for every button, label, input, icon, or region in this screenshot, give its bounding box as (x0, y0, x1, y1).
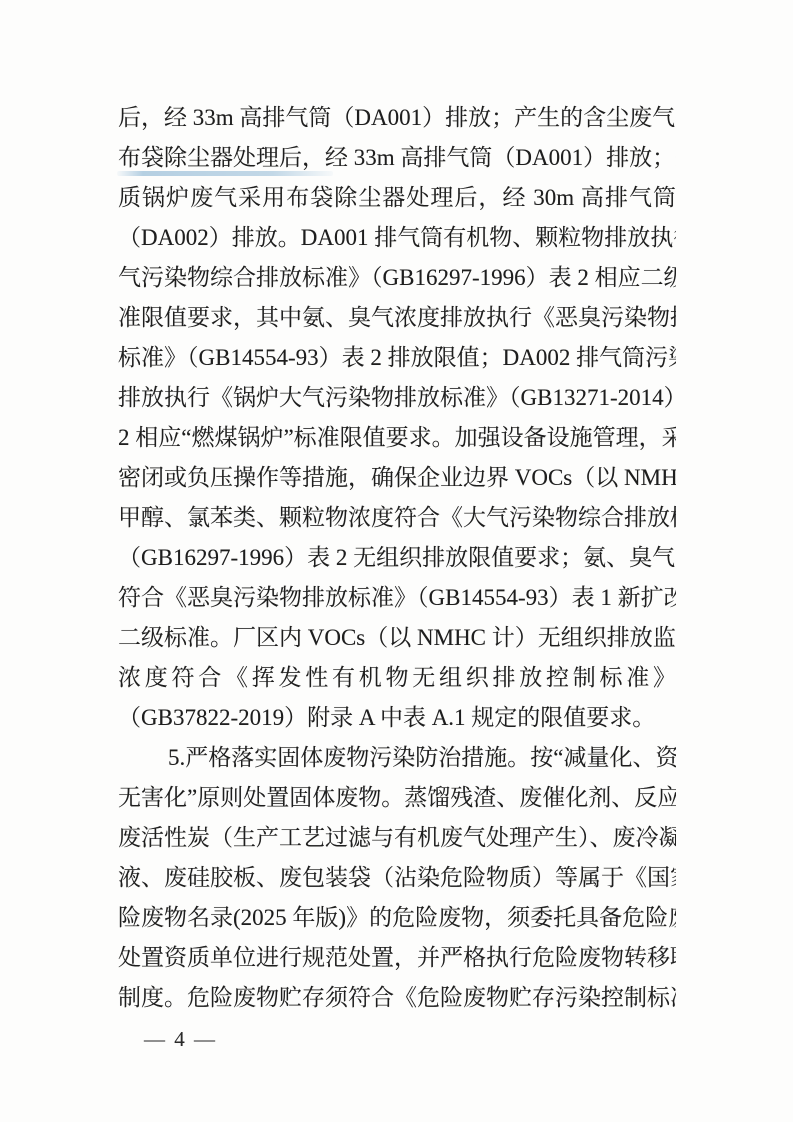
text-line-paragraph-start: 5.严格落实固体废物污染防治措施。按“减量化、资源化、 (118, 738, 676, 778)
text-line: 制度。危险废物贮存须符合《危险废物贮存污染控制标准》 (118, 978, 676, 1018)
text-line: 准限值要求，其中氨、臭气浓度排放执行《恶臭污染物排放 (118, 298, 676, 338)
text-line: 2 相应“燃煤锅炉”标准限值要求。加强设备设施管理，采取 (118, 418, 676, 458)
text-line: 标准》（GB14554-93）表 2 排放限值；DA002 排气筒污染物 (118, 338, 676, 378)
text-line: （GB37822-2019）附录 A 中表 A.1 规定的限值要求。 (118, 698, 676, 738)
text-line: 浓度符合《挥发性有机物无组织排放控制标准》 (118, 658, 676, 698)
page-body-text: 后，经 33m 高排气筒（DA001）排放；产生的含尘废气采用 布袋除尘器处理后… (118, 98, 676, 1018)
text-line: 质锅炉废气采用布袋除尘器处理后，经 30m 高排气筒 (118, 178, 676, 218)
text-line: （GB16297-1996）表 2 无组织排放限值要求；氨、臭气浓度 (118, 538, 676, 578)
document-page: 后，经 33m 高排气筒（DA001）排放；产生的含尘废气采用 布袋除尘器处理后… (0, 0, 793, 1122)
text-line: 气污染物综合排放标准》（GB16297-1996）表 2 相应二级标 (118, 258, 676, 298)
text-line: 无害化”原则处置固体废物。蒸馏残渣、废催化剂、反应母液、 (118, 778, 676, 818)
text-line: 废活性炭（生产工艺过滤与有机废气处理产生）、废冷凝残 (118, 818, 676, 858)
text-line: 后，经 33m 高排气筒（DA001）排放；产生的含尘废气采用 (118, 98, 676, 138)
text-line: 密闭或负压操作等措施，确保企业边界 VOCs（以 NMHC 计）、 (118, 458, 676, 498)
text-line: 符合《恶臭污染物排放标准》（GB14554-93）表 1 新扩改建 (118, 578, 676, 618)
text-line: 液、废硅胶板、废包装袋（沾染危险物质）等属于《国家危 (118, 858, 676, 898)
text-line: 甲醇、氯苯类、颗粒物浓度符合《大气污染物综合排放标准》 (118, 498, 676, 538)
text-line: 布袋除尘器处理后，经 33m 高排气筒（DA001）排放；生物 (118, 138, 676, 178)
text-line: （DA002）排放。DA001 排气筒有机物、颗粒物排放执行《大 (118, 218, 676, 258)
text-line: 排放执行《锅炉大气污染物排放标准》（GB13271-2014）表 (118, 378, 676, 418)
page-number: — 4 — (144, 1026, 217, 1052)
text-line: 处置资质单位进行规范处置，并严格执行危险废物转移联单 (118, 938, 676, 978)
text-line: 险废物名录(2025 年版)》的危险废物，须委托具备危险废物 (118, 898, 676, 938)
text-line: 二级标准。厂区内 VOCs（以 NMHC 计）无组织排放监控点 (118, 618, 676, 658)
